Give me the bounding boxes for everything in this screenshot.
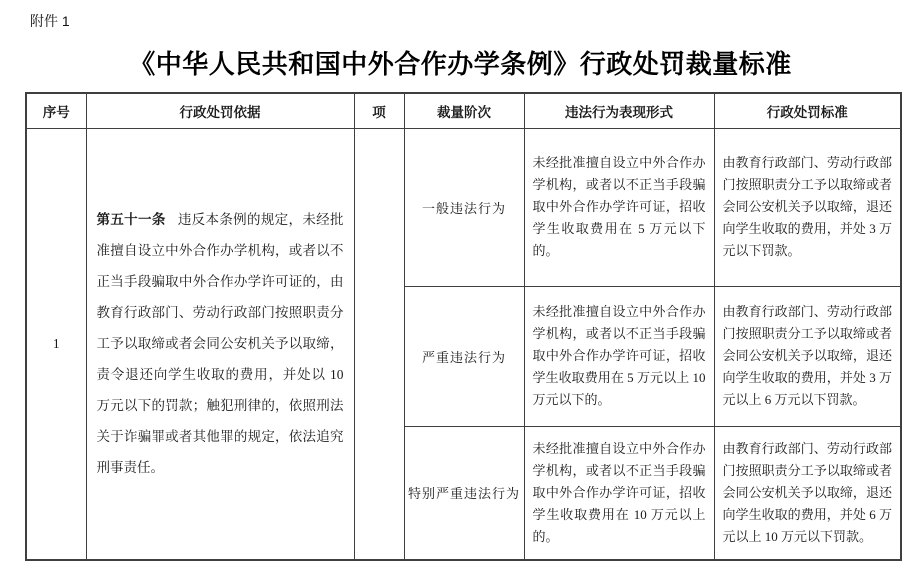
table-header-row: 序号 行政处罚依据 项 裁量阶次 违法行为表现形式 行政处罚标准 <box>26 93 901 128</box>
basis-article-number: 第五十一条 <box>97 212 166 227</box>
page-title: 《中华人民共和国中外合作办学条例》行政处罚裁量标准 <box>0 44 921 81</box>
document-page: 附件 1 《中华人民共和国中外合作办学条例》行政处罚裁量标准 序号 行政处罚依据… <box>0 0 921 573</box>
behavior-cell-especially-serious: 未经批准擅自设立中外合作办学机构，或者以不正当手段骗取中外合作办学许可证，招收学… <box>524 426 714 560</box>
behavior-cell-general: 未经批准擅自设立中外合作办学机构，或者以不正当手段骗取中外合作办学许可证，招收学… <box>524 128 714 286</box>
penalty-cell-serious: 由教育行政部门、劳动行政部门按照职责分工予以取缔或者会同公安机关予以取缔，退还向… <box>714 286 901 426</box>
header-penalty-basis: 行政处罚依据 <box>86 93 354 128</box>
table-row: 1 第五十一条违反本条例的规定，未经批准擅自设立中外合作办学机构，或者以不正当手… <box>26 128 901 286</box>
penalty-standards-table: 序号 行政处罚依据 项 裁量阶次 违法行为表现形式 行政处罚标准 1 第五十一条… <box>25 92 902 561</box>
level-cell-general: 一般违法行为 <box>404 128 524 286</box>
header-serial: 序号 <box>26 93 86 128</box>
basis-text: 违反本条例的规定，未经批准擅自设立中外合作办学机构，或者以不正当手段骗取中外合作… <box>97 212 344 475</box>
header-penalty-standard: 行政处罚标准 <box>714 93 901 128</box>
level-cell-serious: 严重违法行为 <box>404 286 524 426</box>
header-behavior-form: 违法行为表现形式 <box>524 93 714 128</box>
item-cell <box>354 128 404 560</box>
behavior-cell-serious: 未经批准擅自设立中外合作办学机构，或者以不正当手段骗取中外合作办学许可证，招收学… <box>524 286 714 426</box>
level-cell-especially-serious: 特别严重违法行为 <box>404 426 524 560</box>
attachment-label: 附件 1 <box>30 11 70 31</box>
penalty-cell-especially-serious: 由教育行政部门、劳动行政部门按照职责分工予以取缔或者会同公安机关予以取缔，退还向… <box>714 426 901 560</box>
header-item: 项 <box>354 93 404 128</box>
header-discretion-level: 裁量阶次 <box>404 93 524 128</box>
basis-cell: 第五十一条违反本条例的规定，未经批准擅自设立中外合作办学机构，或者以不正当手段骗… <box>86 128 354 560</box>
serial-cell: 1 <box>26 128 86 560</box>
penalty-cell-general: 由教育行政部门、劳动行政部门按照职责分工予以取缔或者会同公安机关予以取缔，退还向… <box>714 128 901 286</box>
